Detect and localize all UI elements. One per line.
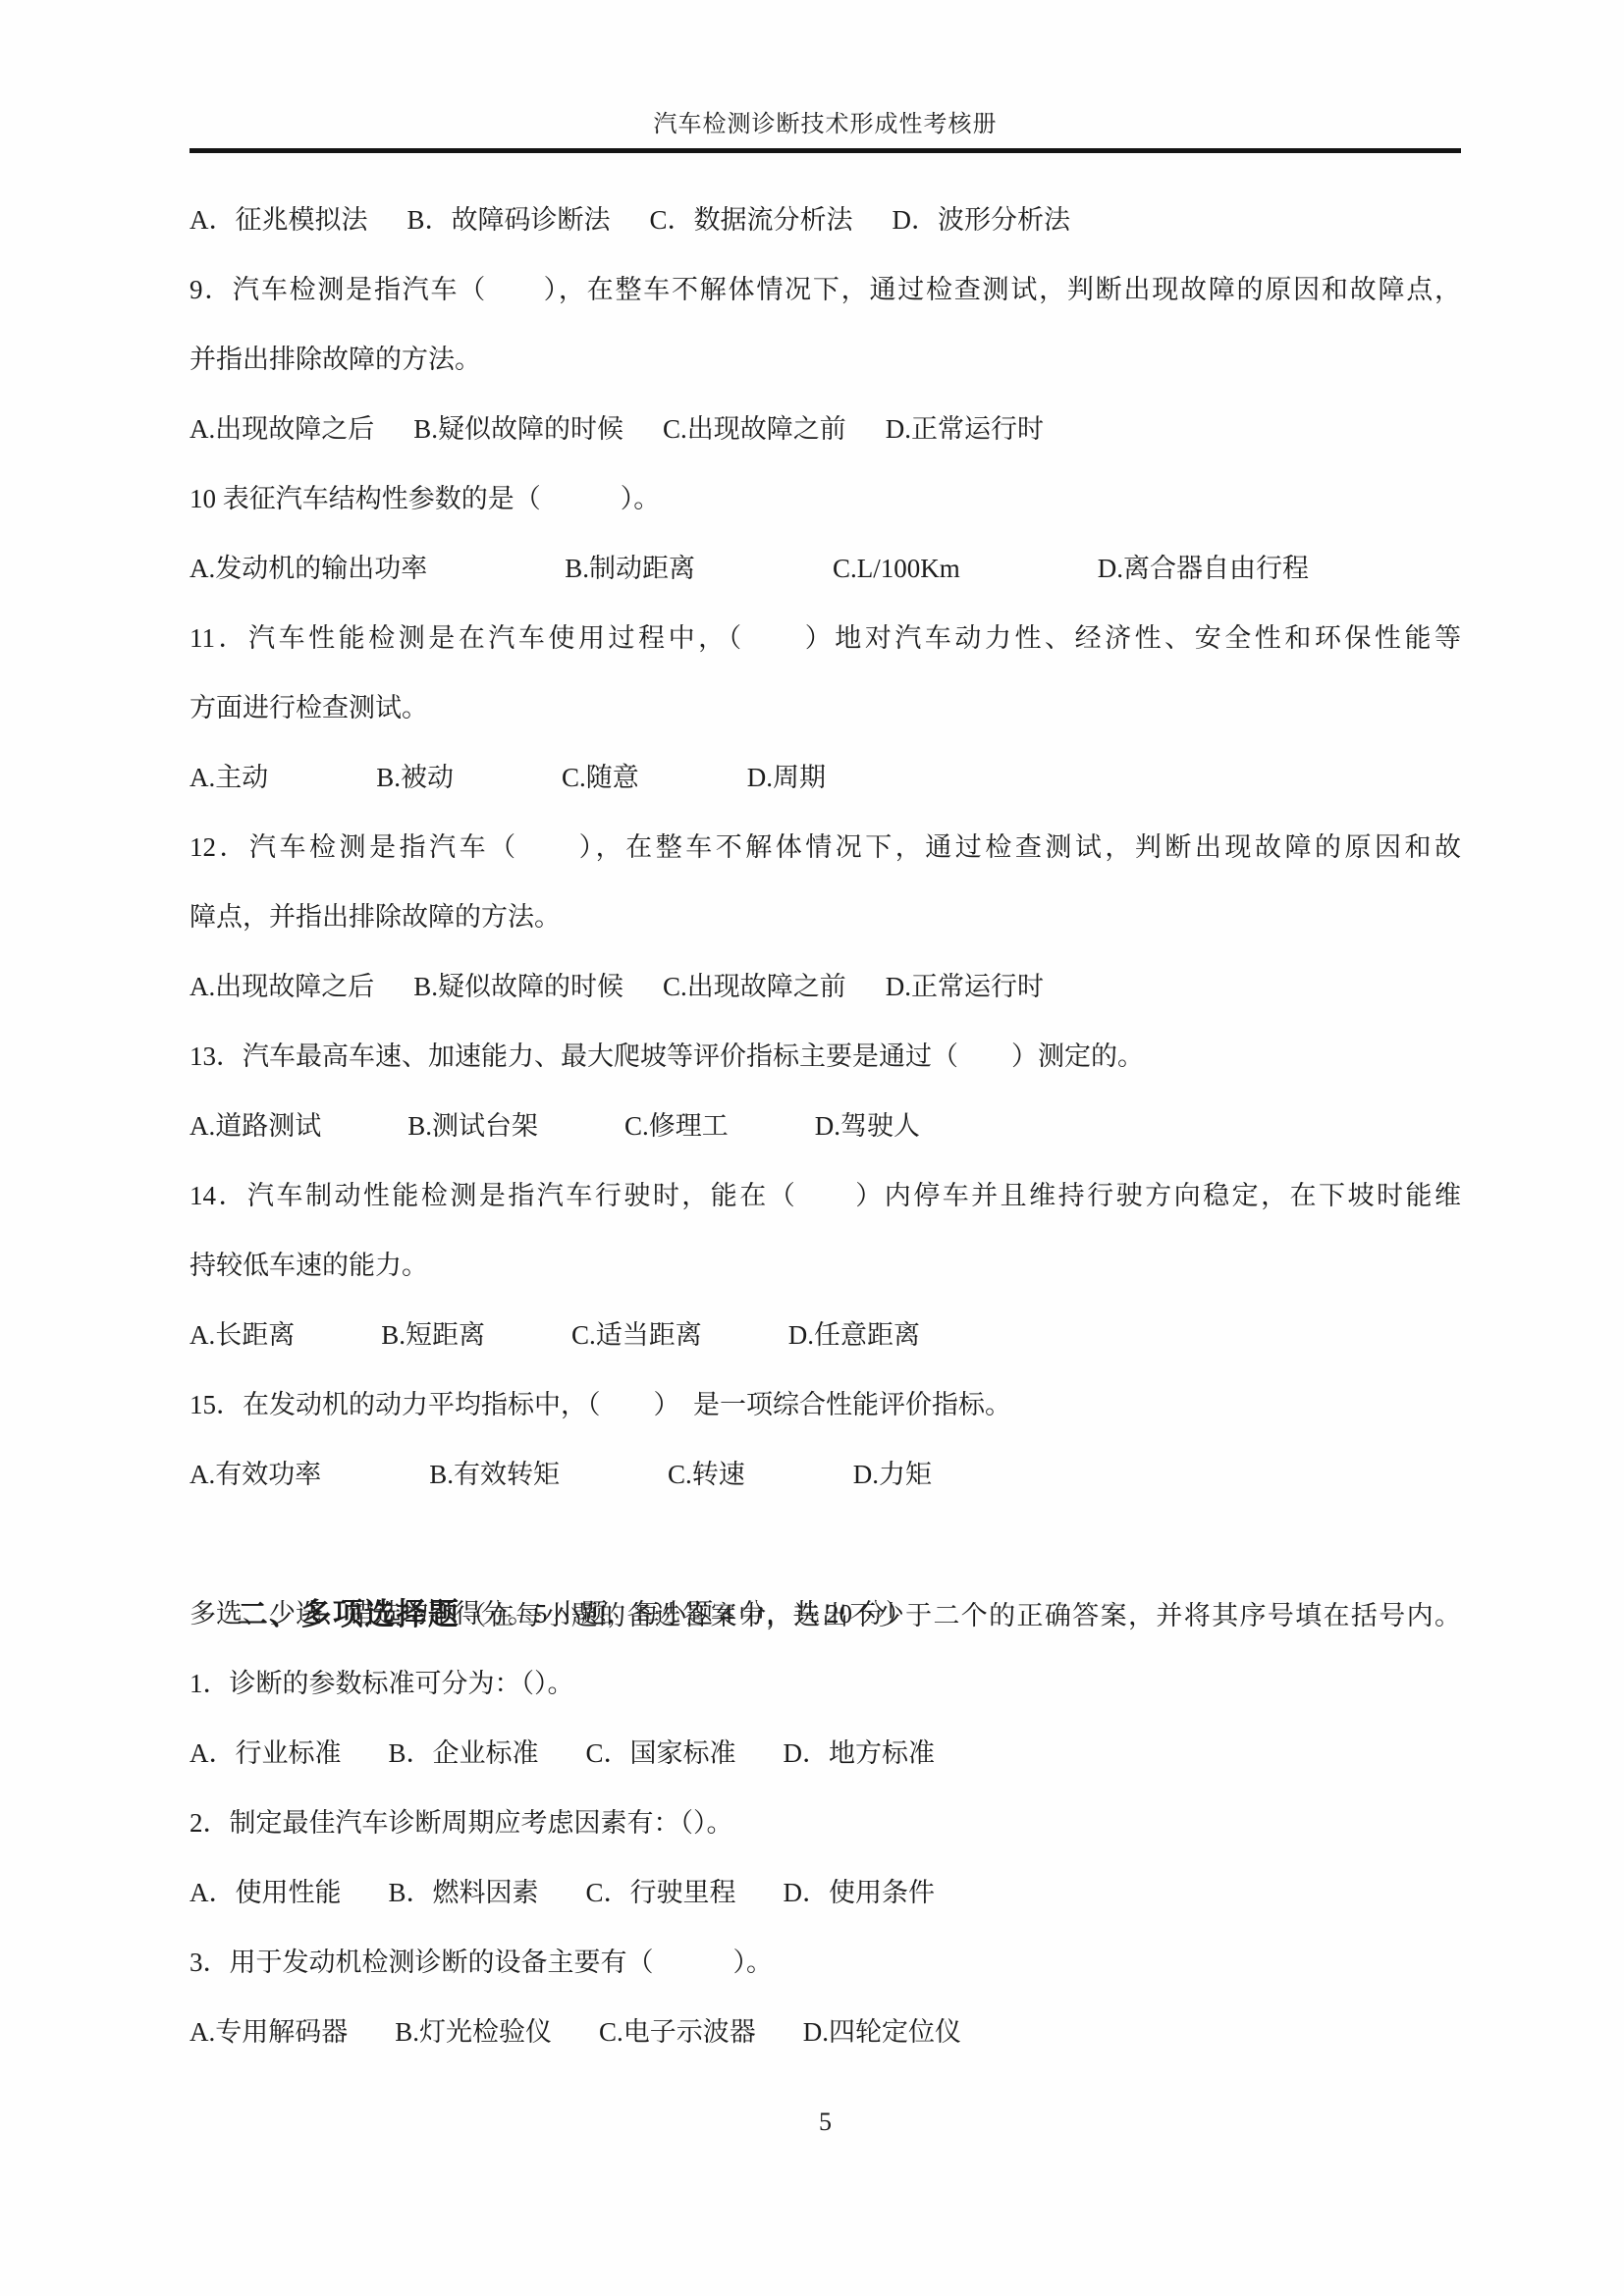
option-b: B．企业标准 [389, 1719, 539, 1789]
option-c: C.L/100Km [833, 534, 960, 604]
option-d: D.离合器自由行程 [1098, 534, 1309, 604]
question-9-line-1: 9．汽车检测是指汽车（ ），在整车不解体情况下，通过检查测试，判断出现故障的原因… [189, 255, 1461, 325]
option-a: A．征兆模拟法 [189, 186, 368, 255]
option-b: B．故障码诊断法 [407, 186, 611, 255]
option-d: D.周期 [747, 743, 826, 813]
question-9-options: A.出现故障之后 B.疑似故障的时候 C.出现故障之前 D.正常运行时 [189, 395, 1461, 464]
option-c: C.修理工 [624, 1092, 729, 1161]
question-12-line-1: 12．汽车检测是指汽车（ ），在整车不解体情况下，通过检查测试，判断出现故障的原… [189, 813, 1461, 882]
question-13-text: 13．汽车最高车速、加速能力、最大爬坡等评价指标主要是通过（ ）测定的。 [189, 1022, 1461, 1092]
section-2-heading-line-1: 二、多项选择题（在每小题的备选答案中，选出不少于二个的正确答案，并将其序号填在括… [189, 1510, 1461, 1579]
option-c: C．国家标准 [586, 1719, 736, 1789]
question-8-options: A．征兆模拟法 B．故障码诊断法 C．数据流分析法 D．波形分析法 [189, 186, 1461, 255]
document-page: 汽车检测诊断技术形成性考核册 A．征兆模拟法 B．故障码诊断法 C．数据流分析法… [0, 0, 1624, 2296]
option-a: A.专用解码器 [189, 1998, 348, 2067]
option-d: D.正常运行时 [886, 395, 1044, 464]
option-c: C．行驶里程 [586, 1858, 736, 1928]
option-b: B.疑似故障的时候 [413, 952, 623, 1022]
option-a: A．使用性能 [189, 1858, 342, 1928]
option-b: B.测试台架 [407, 1092, 538, 1161]
header-title: 汽车检测诊断技术形成性考核册 [189, 110, 1461, 139]
option-a: A.主动 [189, 743, 268, 813]
option-a: A．行业标准 [189, 1719, 342, 1789]
question-11-options: A.主动 B.被动 C.随意 D.周期 [189, 743, 1461, 813]
option-d: D．地方标准 [784, 1719, 936, 1789]
question-15-text: 15．在发动机的动力平均指标中，（ ） 是一项综合性能评价指标。 [189, 1370, 1461, 1440]
option-b: B.短距离 [381, 1301, 485, 1370]
multi-question-3-options: A.专用解码器 B.灯光检验仪 C.电子示波器 D.四轮定位仪 [189, 1998, 1461, 2067]
option-d: D．使用条件 [784, 1858, 936, 1928]
option-a: A.有效功率 [189, 1440, 321, 1510]
option-c: C.出现故障之前 [663, 952, 846, 1022]
option-d: D.力矩 [853, 1440, 932, 1510]
option-c: C.转速 [668, 1440, 745, 1510]
question-10-options: A.发动机的输出功率 B.制动距离 C.L/100Km D.离合器自由行程 [189, 534, 1461, 604]
question-13-options: A.道路测试 B.测试台架 C.修理工 D.驾驶人 [189, 1092, 1461, 1161]
option-a: A.道路测试 [189, 1092, 321, 1161]
question-14-line-2: 持较低车速的能力。 [189, 1231, 1461, 1301]
multi-question-3-text: 3．用于发动机检测诊断的设备主要有（ ）。 [189, 1928, 1461, 1998]
question-14-line-1: 14．汽车制动性能检测是指汽车行驶时，能在（ ）内停车并且维持行驶方向稳定，在下… [189, 1161, 1461, 1231]
option-a: A.长距离 [189, 1301, 295, 1370]
multi-question-2-options: A．使用性能 B．燃料因素 C．行驶里程 D．使用条件 [189, 1858, 1461, 1928]
option-d: D.驾驶人 [815, 1092, 920, 1161]
option-b: B．燃料因素 [389, 1858, 539, 1928]
option-b: B.制动距离 [565, 534, 695, 604]
question-10-text: 10 表征汽车结构性参数的是（ ）。 [189, 464, 1461, 534]
option-d: D.正常运行时 [886, 952, 1044, 1022]
option-d: D.四轮定位仪 [803, 1998, 961, 2067]
question-12-line-2: 障点，并指出排除故障的方法。 [189, 882, 1461, 952]
option-a: A.发动机的输出功率 [189, 534, 427, 604]
option-d: D．波形分析法 [893, 186, 1071, 255]
question-11-line-1: 11．汽车性能检测是在汽车使用过程中，（ ）地对汽车动力性、经济性、安全性和环保… [189, 604, 1461, 673]
page-footer: 5 [189, 2103, 1461, 2142]
page-header: 汽车检测诊断技术形成性考核册 [189, 0, 1461, 153]
page-number: 5 [819, 2103, 832, 2142]
document-content: A．征兆模拟法 B．故障码诊断法 C．数据流分析法 D．波形分析法 9．汽车检测… [189, 186, 1461, 2067]
question-11-line-2: 方面进行检查测试。 [189, 673, 1461, 743]
question-9-line-2: 并指出排除故障的方法。 [189, 325, 1461, 395]
option-c: C.电子示波器 [599, 1998, 756, 2067]
multi-question-1-text: 1．诊断的参数标准可分为：（）。 [189, 1649, 1461, 1719]
option-c: C．数据流分析法 [650, 186, 853, 255]
multi-question-2-text: 2．制定最佳汽车诊断周期应考虑因素有：（）。 [189, 1789, 1461, 1858]
question-15-options: A.有效功率 B.有效转矩 C.转速 D.力矩 [189, 1440, 1461, 1510]
question-12-options: A.出现故障之后 B.疑似故障的时候 C.出现故障之前 D.正常运行时 [189, 952, 1461, 1022]
option-c: C.随意 [562, 743, 639, 813]
header-rule [189, 148, 1461, 153]
option-c: C.适当距离 [571, 1301, 702, 1370]
option-b: B.被动 [376, 743, 454, 813]
option-d: D.任意距离 [788, 1301, 920, 1370]
option-c: C.出现故障之前 [663, 395, 846, 464]
option-b: B.疑似故障的时候 [413, 395, 623, 464]
question-14-options: A.长距离 B.短距离 C.适当距离 D.任意距离 [189, 1301, 1461, 1370]
option-a: A.出现故障之后 [189, 395, 374, 464]
option-a: A.出现故障之后 [189, 952, 374, 1022]
multi-question-1-options: A．行业标准 B．企业标准 C．国家标准 D．地方标准 [189, 1719, 1461, 1789]
option-b: B.有效转矩 [429, 1440, 560, 1510]
option-b: B.灯光检验仪 [395, 1998, 552, 2067]
